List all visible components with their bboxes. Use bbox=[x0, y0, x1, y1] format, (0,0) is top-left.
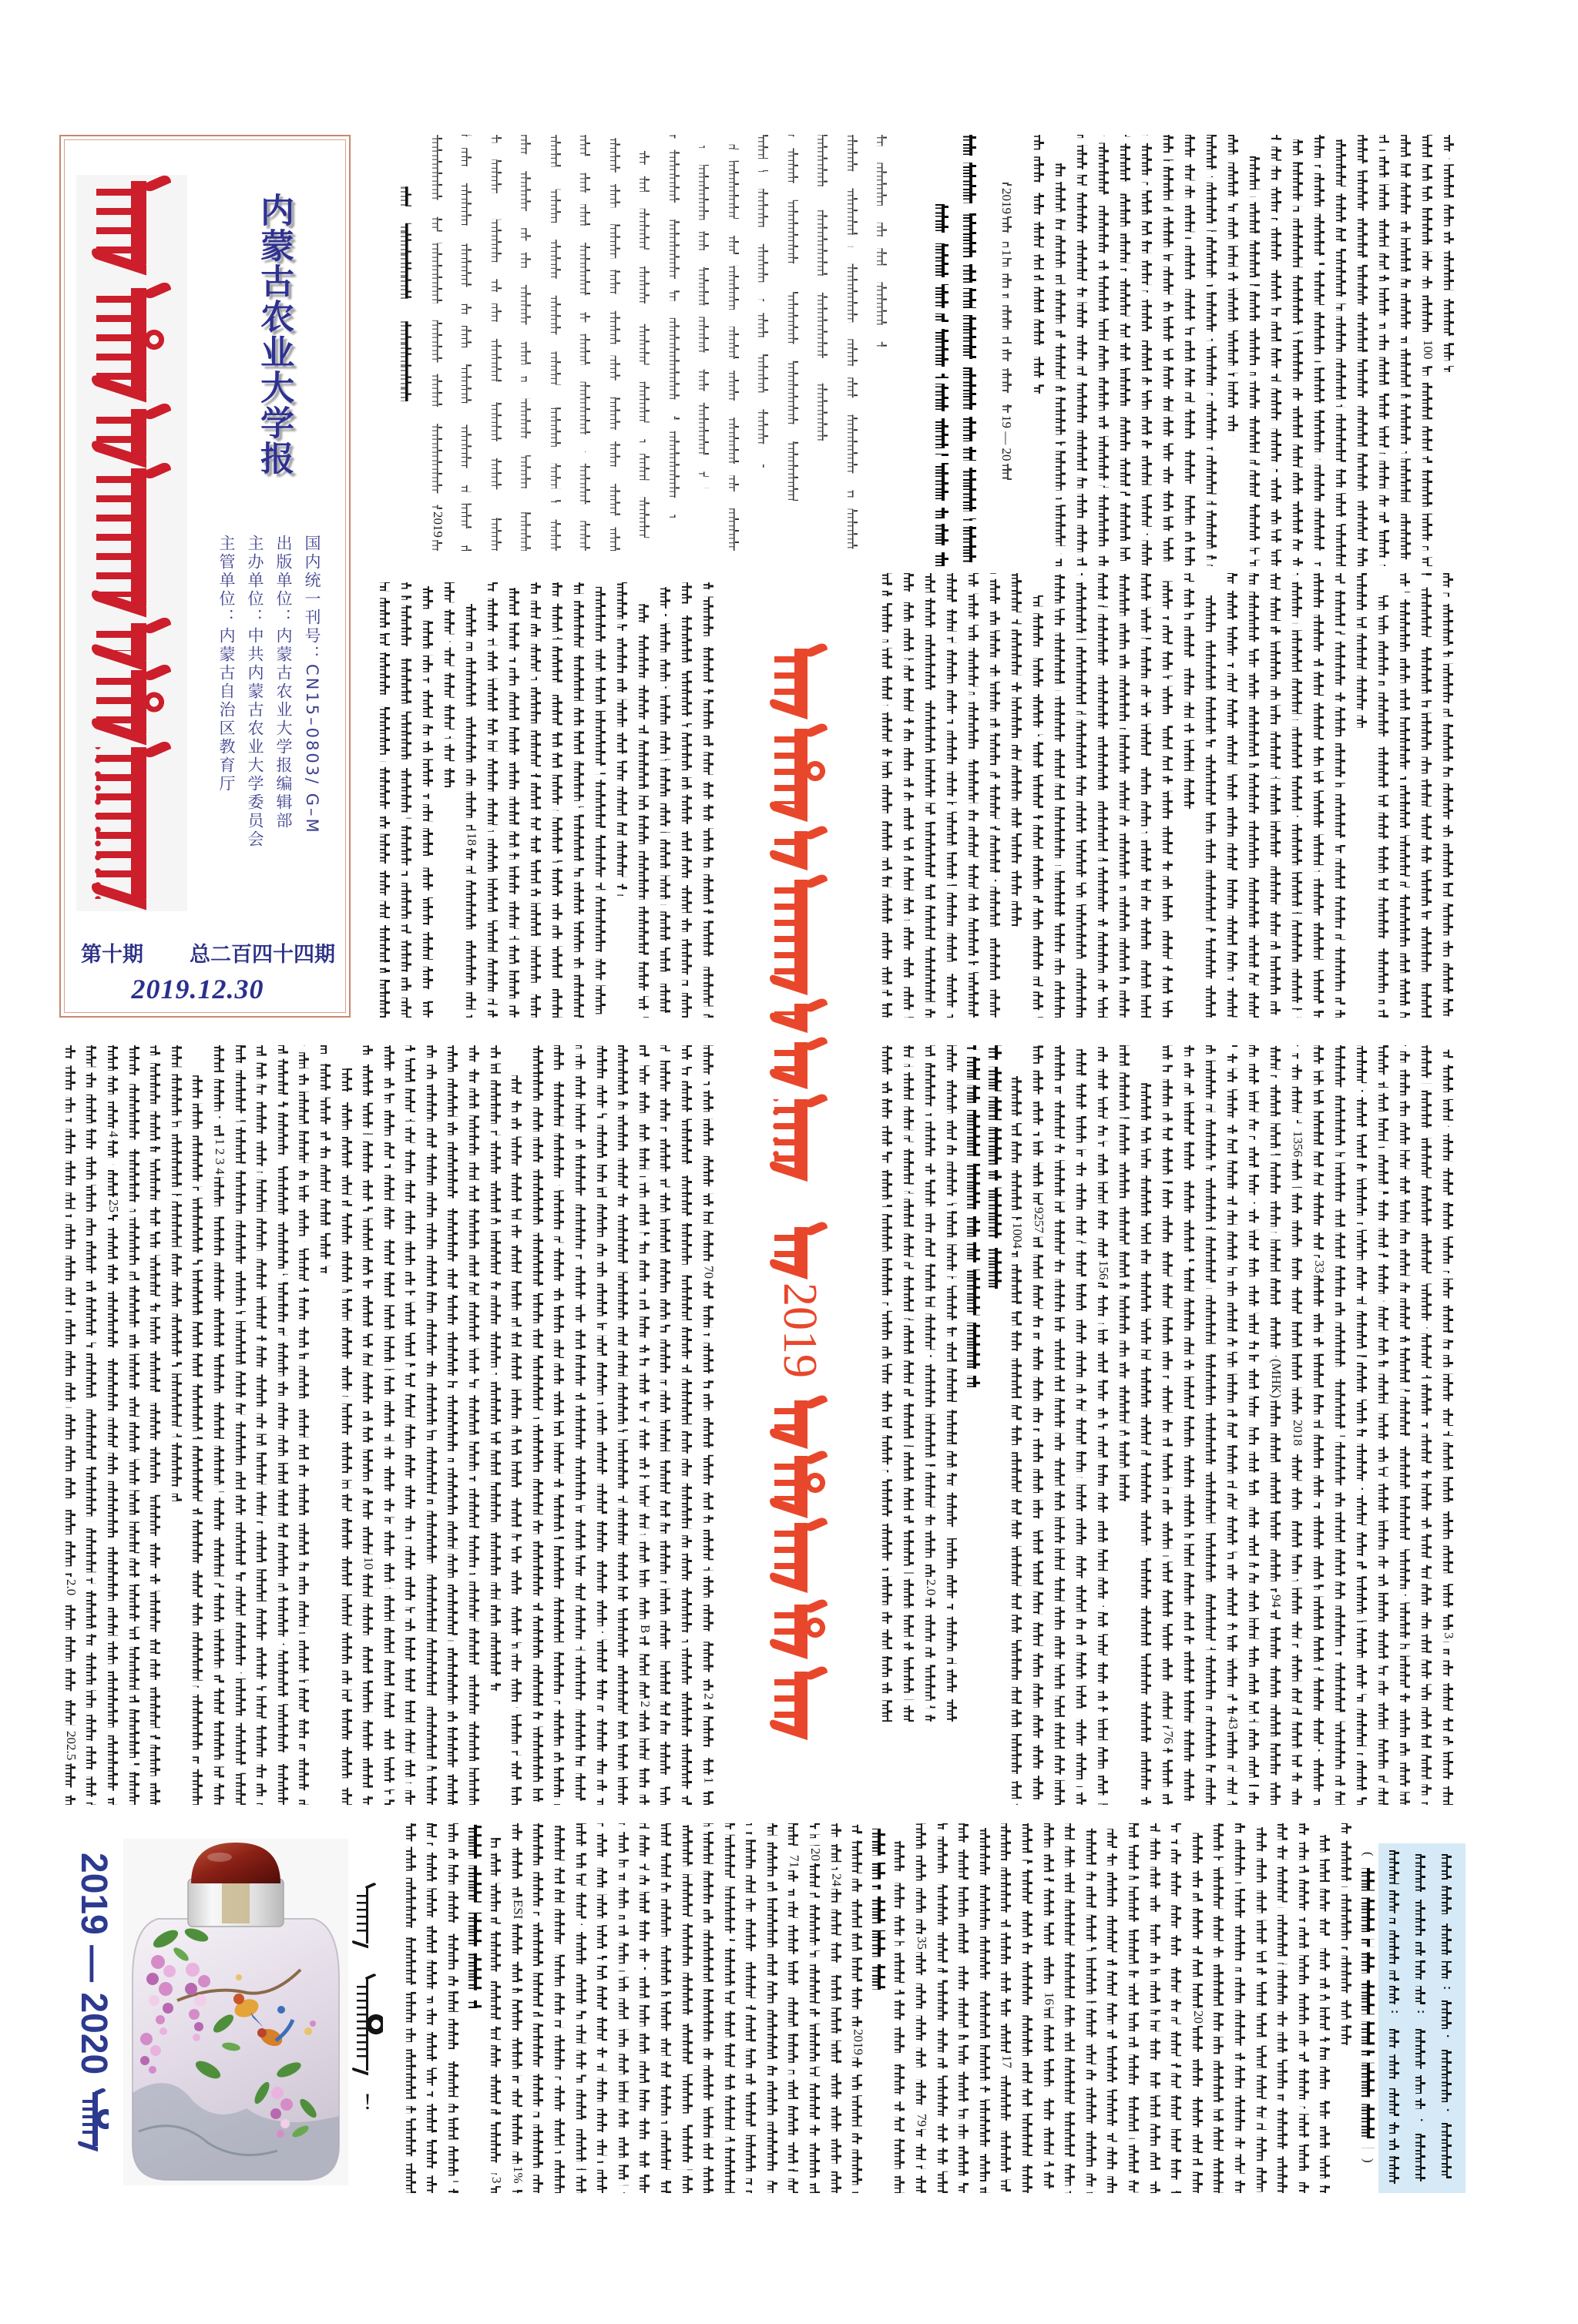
text-line bbox=[149, 1045, 162, 1805]
text-line bbox=[554, 1823, 566, 2193]
exclamation-mark: ! bbox=[361, 2088, 374, 2116]
text-line bbox=[616, 582, 629, 896]
text-column bbox=[877, 573, 898, 1018]
article-title-line bbox=[956, 135, 984, 566]
info-value: 内蒙古自治区教育厅 bbox=[217, 627, 236, 793]
text-column bbox=[633, 582, 655, 1018]
text-column bbox=[975, 1823, 996, 2193]
text-line bbox=[660, 582, 672, 1018]
subheading-line bbox=[988, 1045, 1003, 1289]
issue-date: 2019.12.30 bbox=[115, 974, 280, 1004]
text-column: 1 2 3 4 bbox=[209, 1045, 230, 1805]
text-column bbox=[720, 1823, 741, 2193]
text-line bbox=[1378, 595, 1390, 1018]
credit-role bbox=[1388, 1850, 1401, 2004]
text-line bbox=[639, 1823, 651, 2193]
text-line bbox=[341, 1068, 354, 1805]
greeting-word bbox=[352, 1887, 383, 1943]
text-line bbox=[491, 135, 503, 551]
text-column bbox=[1395, 135, 1417, 566]
text-line bbox=[1399, 573, 1412, 1018]
article-bottom: 3ESI1%71202420193579171620() bbox=[401, 1823, 1379, 2193]
text-column bbox=[569, 582, 590, 1018]
text-column bbox=[418, 582, 439, 1018]
text-line bbox=[1313, 1045, 1325, 1805]
text-line bbox=[129, 1045, 141, 1805]
text-line bbox=[881, 573, 894, 1018]
info-line-sponsor: 主办单位：中共内蒙古农业大学委员会 bbox=[240, 535, 269, 897]
text-line bbox=[1341, 1823, 1353, 2045]
text-line bbox=[1378, 1045, 1390, 1805]
text-column bbox=[571, 1823, 593, 2193]
text-column bbox=[838, 135, 868, 551]
text-line bbox=[1378, 135, 1391, 566]
text-column bbox=[1438, 573, 1459, 1018]
text-line bbox=[787, 135, 800, 501]
text-column bbox=[542, 135, 572, 551]
inline-number: (MHK) bbox=[1268, 1357, 1284, 1400]
text-column bbox=[1336, 1823, 1358, 2193]
text-column bbox=[1200, 1045, 1222, 1805]
text-column bbox=[1201, 135, 1223, 566]
credit-name-separator: · bbox=[1439, 2032, 1455, 2041]
credit-separator: : bbox=[1413, 2007, 1429, 2016]
text-column bbox=[1294, 1823, 1315, 2193]
text-line bbox=[595, 582, 607, 1018]
inline-number: 71 bbox=[786, 1853, 801, 1870]
text-line bbox=[65, 1045, 77, 1805]
inline-number: 18 bbox=[464, 830, 479, 848]
inline-number: 24 bbox=[829, 1871, 844, 1889]
text-column bbox=[1222, 573, 1244, 1018]
text-line bbox=[1271, 135, 1283, 566]
text-line bbox=[422, 582, 435, 1018]
inline-number: 2 bbox=[701, 1691, 717, 1702]
text-line bbox=[1399, 1045, 1412, 1805]
text-line bbox=[767, 1823, 779, 2193]
masthead-title-word bbox=[76, 623, 187, 660]
text-line bbox=[1022, 1823, 1034, 2193]
inline-number: 156 bbox=[1096, 1258, 1111, 1283]
inline-number: 35 bbox=[914, 1934, 929, 1952]
year-suffix-glyph bbox=[79, 2092, 109, 2152]
text-line bbox=[1213, 1823, 1225, 2193]
text-column bbox=[1072, 135, 1093, 566]
text-line bbox=[817, 135, 829, 447]
text-column bbox=[613, 1823, 635, 2193]
text-line bbox=[1248, 1045, 1261, 1805]
headline-word bbox=[765, 729, 834, 813]
info-line-supervisor: 主管单位：内蒙古自治区教育厅 bbox=[212, 535, 240, 897]
text-column bbox=[1049, 573, 1071, 1018]
text-column bbox=[1114, 573, 1136, 1018]
text-column bbox=[1439, 135, 1460, 566]
text-column bbox=[482, 135, 512, 551]
text-column bbox=[720, 135, 750, 551]
text-column bbox=[1017, 1823, 1039, 2193]
text-line bbox=[1064, 1823, 1076, 2193]
text-column bbox=[1288, 135, 1309, 566]
text-column bbox=[1103, 1823, 1124, 2193]
info-line-publisher: 出版单位：内蒙古农业大学报编辑部 bbox=[269, 535, 297, 897]
text-line bbox=[1421, 573, 1433, 1018]
newspaper-page: 内蒙古农业大学报 国内统一刊号：CN15–0803/ G–M 出版单位：内蒙古农… bbox=[0, 0, 1578, 2324]
text-line bbox=[448, 1823, 460, 2193]
text-line bbox=[925, 1045, 937, 1722]
text-column bbox=[868, 135, 898, 551]
text-column bbox=[1244, 1045, 1265, 1805]
issue-row: 第十期 总二百四十四期 bbox=[81, 942, 335, 968]
text-column bbox=[1093, 573, 1114, 1018]
text-column bbox=[1180, 135, 1201, 566]
text-column bbox=[592, 1823, 613, 2193]
text-column bbox=[570, 1045, 592, 1805]
text-column: 3 bbox=[485, 1823, 507, 2193]
text-column bbox=[1351, 573, 1373, 1018]
text-line bbox=[553, 1045, 566, 1805]
text-line bbox=[968, 573, 980, 1018]
text-line bbox=[639, 1045, 651, 1805]
text-column bbox=[898, 1045, 920, 1805]
snuff-bottle-illustration bbox=[123, 1839, 348, 2185]
text-line bbox=[851, 1823, 864, 2193]
text-column bbox=[1315, 1823, 1337, 2193]
text-line bbox=[724, 1823, 737, 2193]
text-column bbox=[1223, 135, 1244, 566]
text-column bbox=[677, 1823, 699, 2193]
headline-word bbox=[765, 1227, 834, 1271]
text-line bbox=[401, 582, 413, 1018]
article-lower-left: 2.0202.54251 2 3 410B27021 bbox=[60, 1045, 720, 1805]
headline-word bbox=[765, 831, 834, 862]
article-upper-right-header: 2019 1 19 — 20 bbox=[928, 135, 1029, 566]
text-column bbox=[660, 135, 690, 551]
text-line bbox=[660, 1823, 673, 2193]
credit-separator: : bbox=[1439, 1984, 1455, 1992]
credit-name bbox=[1388, 2029, 1401, 2186]
text-column: 16 bbox=[1039, 1823, 1060, 2193]
text-column bbox=[1265, 573, 1287, 1018]
editorial-credits-box: : : · : · · bbox=[1378, 1843, 1466, 2193]
inline-number: 2 bbox=[637, 1699, 653, 1710]
text-line bbox=[511, 1075, 523, 1805]
text-line bbox=[235, 1045, 247, 1805]
text-column bbox=[549, 1823, 571, 2193]
text-column bbox=[401, 1045, 422, 1805]
text-line bbox=[1291, 573, 1304, 1018]
text-line bbox=[550, 135, 562, 551]
text-line bbox=[552, 582, 564, 1018]
text-column bbox=[1251, 1823, 1273, 2193]
text-column bbox=[877, 1045, 898, 1805]
total-issue-number: 总二百四十四期 bbox=[190, 942, 335, 968]
text-column bbox=[635, 1823, 656, 2193]
text-column: 3 bbox=[1438, 1045, 1459, 1805]
article-dateline: 2019 1 19 — 20 bbox=[984, 135, 1029, 566]
text-line bbox=[192, 1075, 204, 1805]
text-column bbox=[1416, 1045, 1438, 1805]
text-line bbox=[509, 582, 521, 1018]
headline-word bbox=[765, 1042, 834, 1081]
text-column bbox=[677, 582, 698, 1018]
inline-number: 3 bbox=[1441, 1630, 1456, 1642]
text-line bbox=[1000, 1823, 1012, 2193]
text-line bbox=[1140, 573, 1153, 1018]
text-line bbox=[1086, 1823, 1098, 2193]
text-column bbox=[465, 1823, 486, 2193]
inline-number: 202.5 bbox=[63, 1729, 79, 1762]
text-line bbox=[1335, 135, 1348, 566]
text-line bbox=[681, 1045, 693, 1805]
text-line bbox=[1054, 1045, 1066, 1805]
text-column bbox=[1136, 135, 1158, 566]
inline-number: 2019 bbox=[430, 509, 445, 540]
text-line bbox=[989, 573, 1002, 1018]
text-column bbox=[1331, 135, 1352, 566]
text-column: 7021 bbox=[698, 1045, 720, 1805]
publication-info: 国内统一刊号：CN15–0803/ G–M 出版单位：内蒙古农业大学报编辑部 主… bbox=[212, 535, 326, 897]
text-column bbox=[741, 1823, 763, 2193]
text-column bbox=[1308, 573, 1330, 1018]
masthead-title-word bbox=[76, 670, 187, 734]
chinese-title: 内蒙古农业大学报 bbox=[253, 193, 294, 485]
text-column: 2019 bbox=[423, 135, 453, 551]
text-column bbox=[401, 1823, 422, 2193]
text-line bbox=[937, 1823, 949, 2193]
subheading-line bbox=[966, 1045, 982, 1387]
text-line bbox=[1162, 573, 1174, 1018]
masthead-title-word bbox=[76, 409, 187, 457]
text-line bbox=[1140, 1083, 1153, 1805]
text-column bbox=[1272, 1823, 1294, 2193]
inline-number: 70 bbox=[701, 1263, 717, 1281]
text-column bbox=[294, 1045, 316, 1805]
text-column bbox=[808, 135, 838, 551]
text-line bbox=[573, 582, 586, 1018]
headline-word bbox=[765, 1099, 834, 1173]
text-column bbox=[1373, 1045, 1395, 1805]
text-line bbox=[532, 1045, 545, 1805]
text-column bbox=[337, 1045, 358, 1805]
text-column bbox=[1351, 1045, 1373, 1805]
headline-word bbox=[765, 880, 834, 987]
text-column bbox=[374, 582, 396, 1018]
text-column bbox=[953, 1823, 975, 2193]
text-line bbox=[681, 582, 693, 1018]
inline-number: 100 bbox=[1420, 337, 1435, 362]
text-line bbox=[669, 135, 681, 518]
inline-number: 1356 bbox=[1290, 1128, 1305, 1159]
text-column bbox=[1200, 573, 1222, 1018]
text-column bbox=[1244, 135, 1266, 566]
text-column bbox=[1115, 135, 1136, 566]
info-line-serial-number: 国内统一刊号：CN15–0803/ G–M bbox=[297, 535, 326, 897]
inline-number: ) bbox=[1361, 2156, 1376, 2165]
year-suffix-word bbox=[79, 2092, 109, 2146]
text-column bbox=[1416, 573, 1438, 1018]
inline-number: 43 bbox=[1225, 1714, 1241, 1732]
text-line bbox=[465, 604, 478, 1018]
text-column bbox=[82, 1045, 103, 1805]
text-column bbox=[525, 582, 547, 1018]
text-column: 10 bbox=[358, 1045, 379, 1805]
headline-word bbox=[765, 1523, 834, 1585]
text-column bbox=[506, 1045, 528, 1805]
text-line bbox=[698, 135, 710, 488]
dateline-days: 19 — 20 bbox=[999, 413, 1014, 464]
text-line bbox=[1150, 1823, 1162, 2193]
text-column: 3579 bbox=[911, 1823, 932, 2193]
text-column bbox=[1166, 1823, 1187, 2193]
text-line bbox=[532, 1823, 545, 2193]
main-headline: 2019 bbox=[765, 649, 834, 1732]
article-middle-right bbox=[877, 573, 1459, 1018]
text-line bbox=[1097, 573, 1110, 1018]
text-column: 100 bbox=[1417, 135, 1439, 566]
text-column bbox=[920, 573, 942, 1018]
article-lower-right: 2.0100492571567643(MHK)9413562018333 bbox=[877, 1045, 1459, 1805]
text-column bbox=[963, 1045, 985, 1805]
text-line bbox=[468, 1045, 481, 1805]
text-column bbox=[985, 1045, 1006, 1805]
text-line bbox=[1314, 135, 1326, 566]
text-line bbox=[431, 135, 444, 551]
inline-number: 16 bbox=[1042, 1990, 1057, 2007]
inline-number: 1004 bbox=[1009, 1220, 1025, 1251]
text-column bbox=[1050, 135, 1072, 566]
text-column bbox=[124, 1045, 146, 1805]
text-line bbox=[703, 1823, 715, 2193]
text-line bbox=[946, 1045, 959, 1722]
inline-number: 94 bbox=[1268, 1592, 1284, 1610]
text-line bbox=[1227, 1045, 1239, 1805]
text-column bbox=[393, 135, 423, 551]
masthead-title-word bbox=[76, 747, 187, 899]
text-column bbox=[690, 135, 720, 551]
text-line bbox=[609, 135, 622, 551]
text-column: 18 bbox=[461, 582, 482, 1018]
credit-separator: : bbox=[1387, 2007, 1402, 2016]
text-line bbox=[1141, 135, 1153, 566]
text-line bbox=[520, 135, 532, 551]
text-line bbox=[1205, 1045, 1217, 1805]
article-upper-right-body: 100 bbox=[1029, 135, 1460, 566]
text-column bbox=[1309, 135, 1331, 566]
inline-number: 10 bbox=[361, 1554, 376, 1572]
inline-number: 9257 bbox=[1031, 1205, 1046, 1236]
text-line bbox=[728, 135, 740, 551]
subheading-line bbox=[871, 1823, 887, 1990]
text-column: 2.0 bbox=[920, 1045, 942, 1805]
text-line bbox=[320, 1045, 332, 1273]
text-column bbox=[145, 1045, 166, 1805]
text-column: 71 bbox=[784, 1823, 805, 2193]
text-line bbox=[596, 1045, 609, 1805]
text-column bbox=[273, 1045, 294, 1805]
masthead-title-word bbox=[76, 181, 187, 264]
headline-word bbox=[765, 1456, 834, 1510]
article-title-text bbox=[935, 204, 950, 566]
text-column bbox=[1395, 573, 1416, 1018]
text-column bbox=[1395, 1045, 1416, 1805]
text-line bbox=[1335, 573, 1347, 1018]
text-column bbox=[512, 135, 542, 551]
text-line bbox=[384, 1045, 396, 1805]
text-line bbox=[1043, 1823, 1056, 2193]
text-column: 20 bbox=[804, 1823, 826, 2193]
text-column: 43 bbox=[1222, 1045, 1244, 1805]
text-line bbox=[1421, 1045, 1433, 1805]
text-column bbox=[868, 1823, 890, 2193]
text-column bbox=[630, 135, 660, 551]
credit-name bbox=[1441, 2000, 1453, 2028]
text-column bbox=[613, 1045, 634, 1805]
text-column bbox=[1071, 573, 1093, 1018]
text-line bbox=[1076, 573, 1088, 1018]
text-line bbox=[1292, 135, 1304, 566]
text-column bbox=[612, 582, 633, 1018]
inline-number: 1% bbox=[510, 2164, 525, 2186]
text-line bbox=[1183, 573, 1196, 809]
credit-role bbox=[1441, 1854, 1453, 1980]
text-line bbox=[1357, 135, 1369, 566]
text-column: 13562018 bbox=[1287, 1045, 1308, 1805]
text-column bbox=[1081, 1823, 1103, 2193]
inline-number: 1 bbox=[701, 1775, 717, 1786]
text-column: ESI1% bbox=[507, 1823, 529, 2193]
info-value: 内蒙古农业大学报编辑部 bbox=[274, 627, 293, 830]
text-line bbox=[107, 1045, 119, 1805]
inline-number: 76 bbox=[1160, 1729, 1176, 1746]
text-line bbox=[1011, 573, 1023, 929]
text-line bbox=[1032, 1045, 1045, 1805]
text-line bbox=[490, 1838, 502, 2193]
text-column: 9257 bbox=[1028, 1045, 1049, 1805]
text-column bbox=[1330, 573, 1351, 1018]
text-column bbox=[439, 582, 461, 1018]
article-title-text bbox=[962, 135, 978, 566]
text-line bbox=[1400, 135, 1412, 566]
info-label: 国内统一刊号： bbox=[303, 535, 321, 664]
text-line bbox=[1183, 1045, 1196, 1805]
text-column bbox=[1049, 1045, 1071, 1805]
text-column bbox=[504, 582, 525, 1018]
text-column bbox=[1029, 135, 1050, 566]
text-column bbox=[932, 1823, 954, 2193]
text-column: 33 bbox=[1308, 1045, 1330, 1805]
text-line bbox=[379, 582, 391, 1018]
text-line bbox=[1335, 1045, 1347, 1805]
text-line bbox=[1076, 1045, 1088, 1805]
text-line bbox=[490, 1045, 502, 1691]
text-column bbox=[379, 1045, 401, 1805]
text-column bbox=[528, 1045, 549, 1805]
text-column bbox=[655, 582, 677, 1018]
text-line bbox=[1163, 135, 1175, 566]
text-column bbox=[677, 1045, 698, 1805]
credit-line: : · · bbox=[1434, 1843, 1460, 2193]
text-column bbox=[315, 1045, 337, 1805]
text-column: 425 bbox=[102, 1045, 124, 1805]
text-column bbox=[1244, 573, 1265, 1018]
text-line bbox=[1184, 135, 1197, 566]
text-column bbox=[1093, 135, 1115, 566]
text-line bbox=[881, 1045, 894, 1722]
text-line bbox=[1313, 573, 1325, 1018]
inline-number: 20 bbox=[807, 1846, 823, 1863]
inline-number: 79 bbox=[914, 2111, 929, 2129]
text-line bbox=[1055, 156, 1067, 566]
